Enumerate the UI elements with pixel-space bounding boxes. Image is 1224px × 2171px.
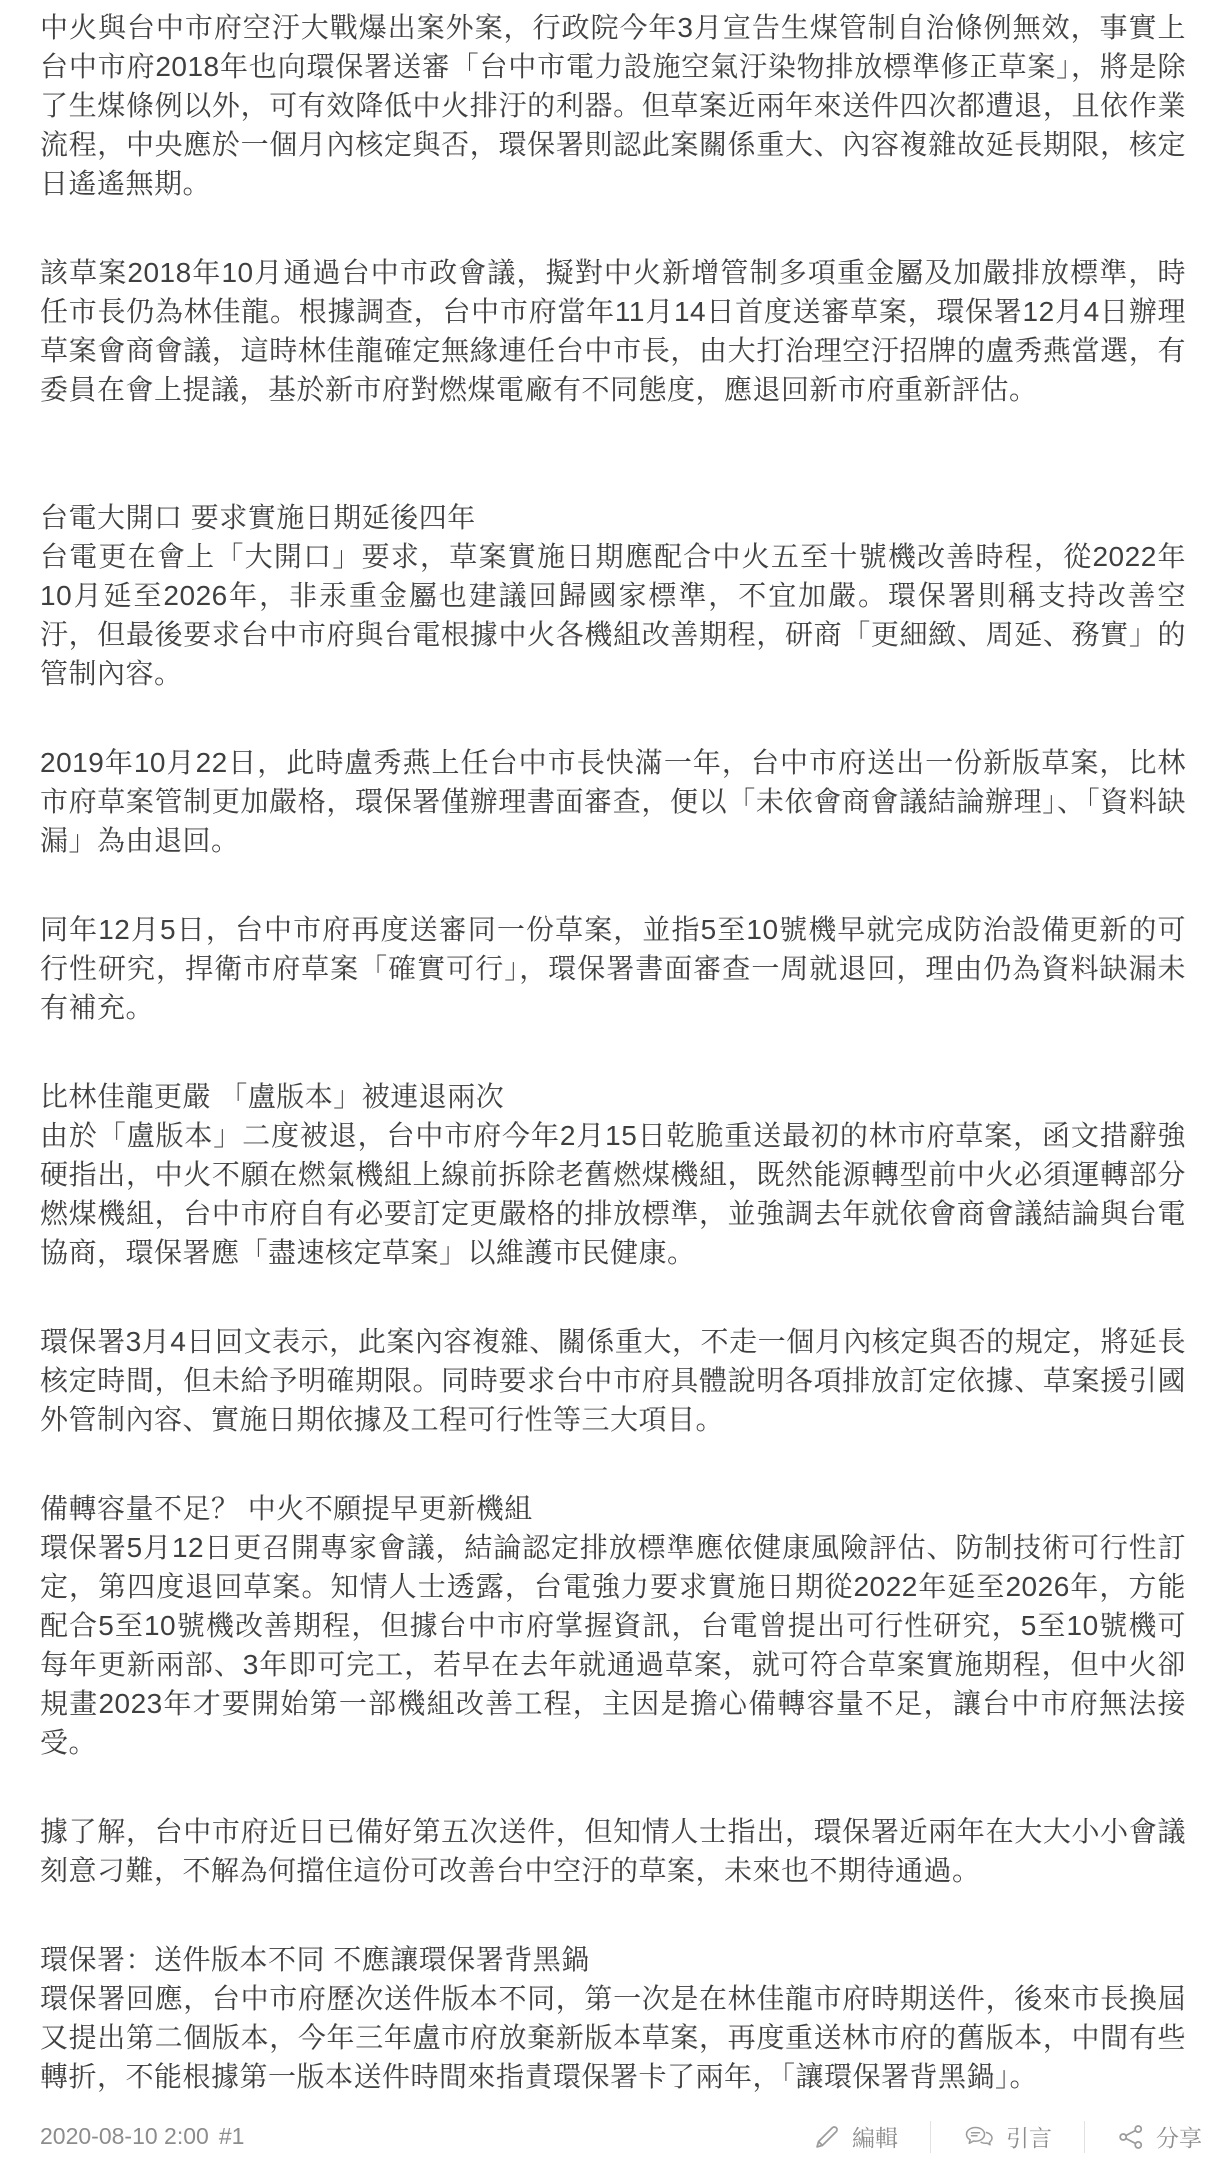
paragraph: 台電更在會上「大開口」要求，草案實施日期應配合中火五至十號機改善時程，從2022… xyxy=(40,537,1186,693)
pencil-icon xyxy=(813,2123,841,2151)
section-heading: 台電大開口 要求實施日期延後四年 xyxy=(40,498,1186,537)
share-button-label: 分享 xyxy=(1156,2120,1202,2153)
paragraph: 環保署5月12日更召開專家會議，結論認定排放標準應依健康風險評估、防制技術可行性… xyxy=(40,1528,1186,1762)
paragraph: 同年12月5日，台中市府再度送審同一份草案，並指5至10號機早就完成防治設備更新… xyxy=(40,910,1186,1027)
section-heading: 備轉容量不足？ 中火不願提早更新機組 xyxy=(40,1489,1186,1528)
paragraph: 2019年10月22日，此時盧秀燕上任台中市長快滿一年，台中市府送出一份新版草案… xyxy=(40,743,1186,860)
paragraph: 據了解，台中市府近日已備好第五次送件，但知情人士指出，環保署近兩年在大大小小會議… xyxy=(40,1812,1186,1890)
paragraph: 環保署3月4日回文表示，此案內容複雜、關係重大，不走一個月內核定與否的規定，將延… xyxy=(40,1322,1186,1439)
paragraph: 該草案2018年10月通過台中市政會議，擬對中火新增管制多項重金屬及加嚴排放標準… xyxy=(40,253,1186,409)
post-content: 中火與台中市府空汙大戰爆出案外案，行政院今年3月宣告生煤管制自治條例無效，事實上… xyxy=(0,0,1224,2096)
quote-icon xyxy=(963,2123,995,2151)
share-button[interactable]: 分享 xyxy=(1117,2120,1202,2153)
post-actions: 編輯 引言 xyxy=(807,2120,1208,2153)
post-footer: 2020-08-10 2:00 #1 編輯 xyxy=(0,2102,1224,2171)
paragraph: 由於「盧版本」二度被退，台中市府今年2月15日乾脆重送最初的林市府草案，函文措辭… xyxy=(40,1116,1186,1272)
edit-button[interactable]: 編輯 xyxy=(813,2120,898,2153)
post-meta: 2020-08-10 2:00 #1 xyxy=(40,2123,244,2150)
section-heading: 比林佳龍更嚴 「盧版本」被連退兩次 xyxy=(40,1077,1186,1116)
paragraph: 環保署回應，台中市府歷次送件版本不同，第一次是在林佳龍市府時期送件，後來市長換屆… xyxy=(40,1979,1186,2096)
share-icon xyxy=(1117,2123,1145,2151)
paragraph: 中火與台中市府空汙大戰爆出案外案，行政院今年3月宣告生煤管制自治條例無效，事實上… xyxy=(40,8,1186,203)
post-timestamp: 2020-08-10 2:00 xyxy=(40,2123,209,2150)
edit-button-label: 編輯 xyxy=(852,2120,898,2153)
post-number-link[interactable]: #1 xyxy=(219,2123,245,2150)
divider xyxy=(1084,2121,1085,2153)
quote-button-label: 引言 xyxy=(1006,2120,1052,2153)
divider xyxy=(930,2121,931,2153)
section-heading: 環保署：送件版本不同 不應讓環保署背黑鍋 xyxy=(40,1940,1186,1979)
quote-button[interactable]: 引言 xyxy=(963,2120,1052,2153)
forum-post: 中火與台中市府空汙大戰爆出案外案，行政院今年3月宣告生煤管制自治條例無效，事實上… xyxy=(0,0,1224,2171)
